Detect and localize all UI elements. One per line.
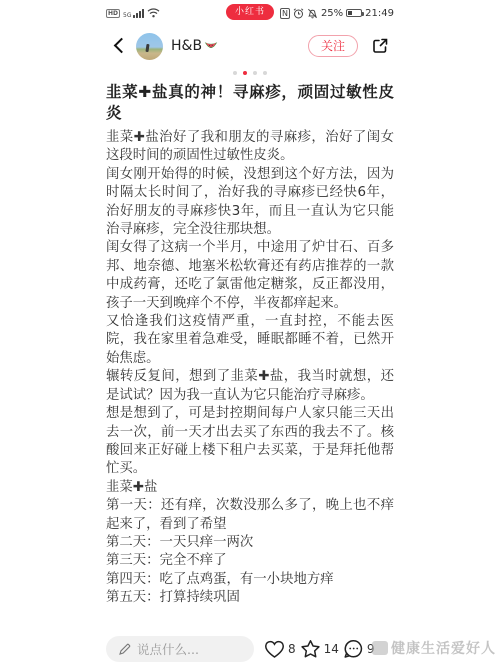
mute-bell-icon [307,8,318,19]
xiaohongshu-app-badge: 小红书 [226,4,274,20]
post-paragraph: 又恰逢我们这疫情严重，一直封控，不能去医院，我在家里着急难受，睡眠都睡不着，已然… [106,313,394,368]
post-paragraph: 第四天：吃了点鸡蛋，有一小块地方痒 [106,571,394,589]
post-paragraph: 辗转反复间，想到了韭菜✚盐，我当时就想，还是试试？因为我一直认为它只能治疗寻麻疹… [106,368,394,405]
signal-strength-icon [133,9,144,18]
username[interactable]: H&B [171,38,218,54]
clock-time: 21:49 [365,8,394,19]
status-left-group: HD 5G [106,8,160,19]
phone-screen: HD 5G 小红书 N [100,0,400,667]
wifi-icon [147,8,160,18]
hd-volte-icon: HD [106,9,120,18]
comment-count: 9 [367,642,375,656]
post-paragraph: 第三天：完全不痒了 [106,552,394,570]
back-button[interactable] [110,37,128,55]
share-icon[interactable] [370,36,390,56]
carousel-dot-active [243,71,247,75]
bottom-bar: 说点什么... 8 14 [100,631,400,667]
post-paragraph: 第二天：一天只痒一两次 [106,534,394,552]
avatar[interactable] [136,33,163,60]
carousel-dot [263,71,267,75]
watermark-text: 健康生活爱好人 [391,638,496,658]
status-right-group: N 25% 21:49 [280,8,394,19]
carousel-dots[interactable] [100,66,400,80]
collect-button[interactable]: 14 [300,639,339,659]
nav-bar: H&B 关注 [100,26,400,66]
action-group: 8 14 9 [264,639,375,659]
post-content: 韭菜✚盐真的神！寻麻疹，顽固过敏性皮炎 韭菜✚盐治好了我和朋友的寻麻疹，治好了闺… [100,80,400,608]
network-type-label: 5G [123,12,131,19]
collect-count: 14 [324,642,339,656]
post-paragraph: 闺女刚开始得的时候，没想到这个好方法，因为时隔太长时间了，治好我的寻麻疹已经快6… [106,166,394,240]
post-paragraph: 闺女得了这病一个半月，中途用了炉甘石、百多邦、地奈德、地塞米松软膏还有药店推荐的… [106,239,394,313]
username-label: H&B [171,38,202,54]
carousel-dot [253,71,257,75]
status-bar: HD 5G 小红书 N [100,0,400,26]
watermelon-icon [204,40,218,52]
alarm-clock-icon [293,8,304,19]
post-paragraph: 第一天：还有痒，次数没那么多了，晚上也不痒起来了，看到了希望 [106,497,394,534]
follow-button[interactable]: 关注 [308,35,358,57]
pencil-icon [118,643,131,656]
comment-bubble-icon [343,639,364,659]
battery-icon [346,9,362,17]
comment-button[interactable]: 9 [343,639,375,659]
comment-input[interactable]: 说点什么... [106,636,254,662]
like-count: 8 [288,642,296,656]
battery-percent-label: 25% [321,8,343,19]
post-title: 韭菜✚盐真的神！寻麻疹，顽固过敏性皮炎 [106,82,394,124]
post-paragraph: 想是想到了，可是封控期间每户人家只能三天出去一次，前一天才出去买了东西的我去不了… [106,405,394,479]
heart-icon [264,640,285,659]
nfc-icon: N [280,8,290,19]
carousel-dot [233,71,237,75]
post-paragraph: 韭菜✚盐治好了我和朋友的寻麻疹，治好了闺女这段时间的顽固性过敏性皮炎。 [106,129,394,166]
star-icon [300,639,321,659]
comment-placeholder: 说点什么... [137,640,199,658]
post-paragraph: 韭菜✚盐 [106,479,394,497]
post-paragraph: 第五天：打算持续巩固 [106,589,394,607]
like-button[interactable]: 8 [264,640,296,659]
screenshot-canvas: HD 5G 小红书 N [0,0,500,667]
